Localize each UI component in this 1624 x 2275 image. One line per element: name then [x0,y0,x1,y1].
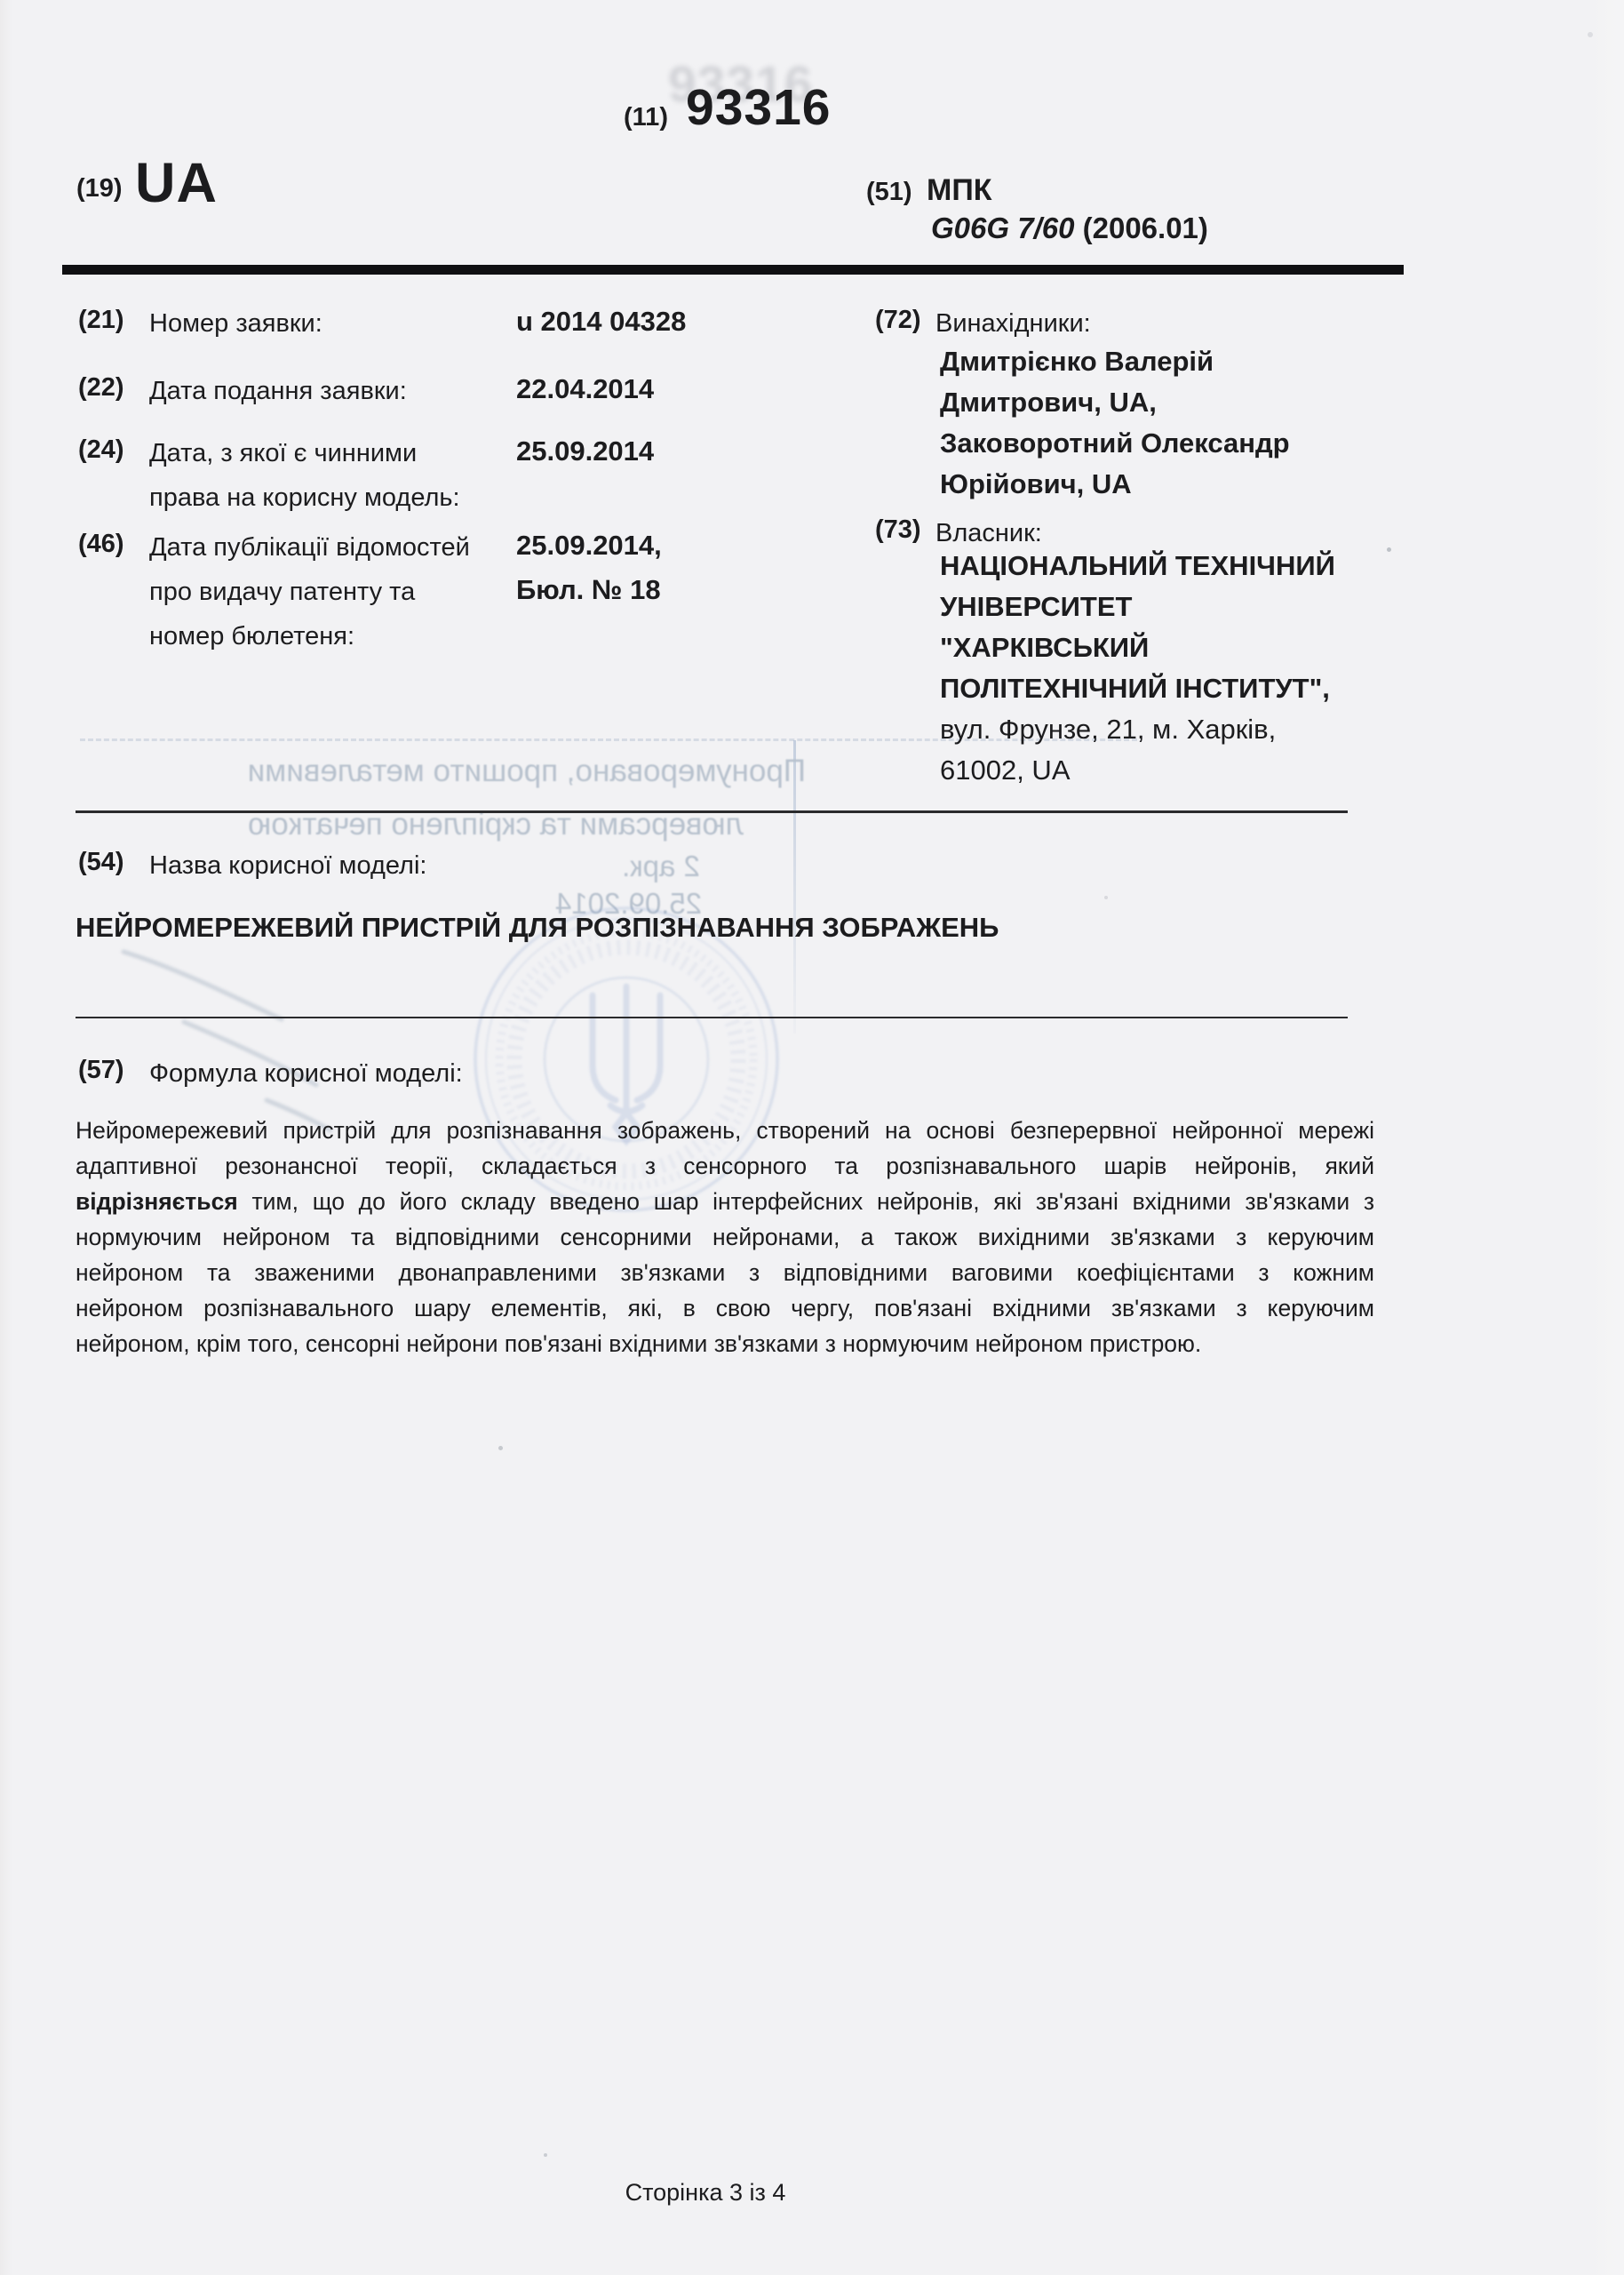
utility-model-title: НЕЙРОМЕРЕЖЕВИЙ ПРИСТРІЙ ДЛЯ РОЗПІЗНАВАНН… [76,912,999,944]
field-value-46: 25.09.2014, Бюл. № 18 [516,523,662,612]
patent-document-page: Пронумеровано, прошито металевими люверс… [0,0,1624,2275]
claims-line: нормуючим нейроном та відповідними сенсо… [76,1219,1374,1255]
field-label-line: номер бюлетеня: [149,614,470,659]
field-value-24: 25.09.2014 [516,429,654,474]
header-divider-bar [62,265,1404,275]
inventor-name-line: Дмитрович, UA, [940,382,1290,423]
field-code-46: (46) [78,530,124,559]
inventors-names: Дмитрієнко Валерій Дмитрович, UA, Заково… [940,341,1290,505]
claims-text: Нейромережевий пристрій для розпізнаванн… [76,1113,1374,1361]
field-label-line: про видачу патенту та [149,570,470,614]
claims-line: Нейромережевий пристрій для розпізнаванн… [76,1113,1374,1148]
field-value-21: u 2014 04328 [516,299,686,344]
field-code-22: (22) [78,373,124,403]
field-label-line: Дата, з якої є чинними [149,431,460,475]
field-code-24: (24) [78,435,124,465]
owner-name-line: ПОЛІТЕХНІЧНИЙ ІНСТИТУТ", [940,668,1335,709]
owner-code: (73) [875,515,921,545]
owner-address-line: вул. Фрунзе, 21, м. Харків, [940,709,1276,750]
owner-address: вул. Фрунзе, 21, м. Харків, 61002, UA [940,709,1276,791]
field-value-22: 22.04.2014 [516,367,654,411]
field-label-46: Дата публікації відомостей про видачу па… [149,525,470,659]
field-label-24: Дата, з якої є чинними права на корисну … [149,431,460,520]
ipc-section-code: (51) [866,178,912,207]
claims-section-code: (57) [78,1056,124,1085]
owner-address-line: 61002, UA [940,750,1276,791]
ipc-class-version: (2006.01) [1083,212,1208,244]
pub-number-code: (11) [624,103,668,132]
title-section-code: (54) [78,848,124,877]
field-label-line: права на корисну модель: [149,475,460,520]
printed-content: 93316 (11) 93316 (19) UA (51) МПК G06G 7… [0,0,1624,2275]
claims-line: нейроном та зваженими двонаправленими зв… [76,1255,1374,1290]
field-label-22: Дата подання заявки: [149,369,407,413]
inventor-name-line: Заковоротний Олександр [940,423,1290,464]
owner-name-line: УНІВЕРСИТЕТ [940,587,1335,627]
claims-line: нейроном розпізнавального шару елементів… [76,1290,1374,1326]
claims-section-label: Формула корисної моделі: [149,1051,463,1096]
page-indicator: Сторінка 3 із 4 [608,2179,803,2207]
claims-line: адаптивної резонансної теорії, складаєть… [76,1148,1374,1184]
inventor-name-line: Юрійович, UA [940,464,1290,505]
inventor-name-line: Дмитрієнко Валерій [940,341,1290,382]
field-value-line: 25.09.2014, [516,523,662,568]
ipc-class-code: G06G 7/60 [931,212,1074,244]
owner-name-line: НАЦІОНАЛЬНИЙ ТЕХНІЧНИЙ [940,546,1335,587]
inventors-label: Винахідники: [935,301,1091,346]
claims-line: нейроном, крім того, сенсорні нейрони по… [76,1326,1374,1361]
pub-number: 93316 [686,78,832,137]
ipc-class: G06G 7/60 (2006.01) [931,212,1208,245]
separator-line [76,1017,1348,1018]
country-code-label: (19) [76,174,123,204]
title-section-label: Назва корисної моделі: [149,843,426,888]
field-label-21: Номер заявки: [149,301,322,346]
field-value-line: Бюл. № 18 [516,568,662,612]
country-code: UA [135,151,218,215]
field-code-21: (21) [78,306,124,335]
inventors-code: (72) [875,306,921,335]
ipc-label: МПК [927,173,992,208]
field-label-line: Дата публікації відомостей [149,525,470,570]
owner-name-line: "ХАРКІВСЬКИЙ [940,627,1335,668]
owner-name: НАЦІОНАЛЬНИЙ ТЕХНІЧНИЙ УНІВЕРСИТЕТ "ХАРК… [940,546,1335,709]
claims-line: відрізняється тим, що до його складу вве… [76,1184,1374,1219]
separator-line [76,810,1348,813]
